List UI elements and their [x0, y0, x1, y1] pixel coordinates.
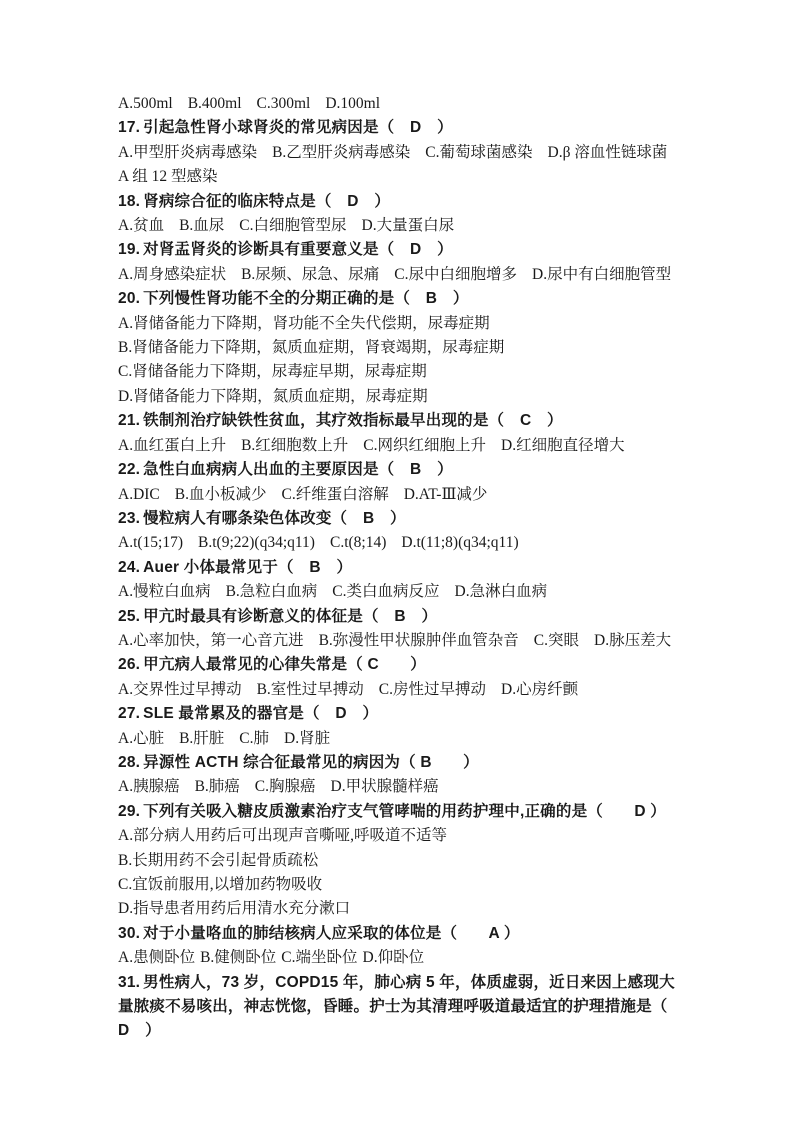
question-text: 下列慢性肾功能不全的分期正确的是（ B ）	[143, 290, 468, 307]
question-number: 26.	[118, 656, 140, 673]
question-stem: 18.肾病综合征的临床特点是（ D ）	[118, 190, 678, 214]
question-options: A.t(15;17)B.t(9;22)(q34;q11)C.t(8;14)D.t…	[118, 531, 678, 555]
option: A.甲型肝炎病毒感染	[118, 144, 257, 161]
question-stem: 24.Auer 小体最常见于（ B ）	[118, 556, 678, 580]
option: B.健侧卧位	[200, 949, 276, 966]
option: D.t(11;8)(q34;q11)	[401, 534, 518, 551]
option: C.突眼	[534, 632, 579, 649]
question-text: 铁制剂治疗缺铁性贫血，其疗效指标最早出现的是（ C ）	[143, 412, 563, 429]
option: B.血尿	[179, 217, 224, 234]
question-number: 30.	[118, 925, 140, 942]
question-number: 24.	[118, 559, 140, 576]
option: D.AT-Ⅲ减少	[404, 486, 488, 503]
orphan-options-line: A.500mlB.400mlC.300mlD.100ml	[118, 92, 678, 116]
question-text: 肾病综合征的临床特点是（ D ）	[143, 193, 390, 210]
question-text: 异源性 ACTH 综合征最常见的病因为（ B ）	[143, 754, 479, 771]
option: D.甲状腺髓样癌	[331, 778, 439, 795]
question-text: 急性白血病病人出血的主要原因是（ B ）	[143, 461, 453, 478]
question-options: A.交界性过早搏动B.室性过早搏动C.房性过早搏动D.心房纤颤	[118, 678, 678, 702]
option: C.白细胞管型尿	[239, 217, 346, 234]
option: A.肾储备能力下降期，肾功能不全失代偿期，尿毒症期	[118, 312, 678, 336]
option: D.脉压差大	[594, 632, 671, 649]
option: A.贫血	[118, 217, 164, 234]
option: A.慢粒白血病	[118, 583, 211, 600]
question-text: 引起急性肾小球肾炎的常见病因是（ D ）	[143, 119, 453, 136]
question-stem: 28.异源性 ACTH 综合征最常见的病因为（ B ）	[118, 751, 678, 775]
question-options: A.心脏B.肝脏C.肺D.肾脏	[118, 727, 678, 751]
option: C.肾储备能力下降期，尿毒症早期，尿毒症期	[118, 360, 678, 384]
option: C.纤维蛋白溶解	[281, 486, 388, 503]
question-text: 甲亢病人最常见的心律失常是（ C ）	[143, 656, 426, 673]
option: C.房性过早搏动	[379, 681, 486, 698]
question-number: 31.	[118, 974, 140, 991]
exam-question-list: A.500mlB.400mlC.300mlD.100ml 17.引起急性肾小球肾…	[118, 92, 678, 1044]
question-number: 25.	[118, 608, 140, 625]
question-block-27: 27.SLE 最常累及的器官是（ D ）A.心脏B.肝脏C.肺D.肾脏	[118, 702, 678, 751]
option: B.乙型肝炎病毒感染	[272, 144, 410, 161]
question-stem: 23.慢粒病人有哪条染色体改变（ B ）	[118, 507, 678, 531]
question-block-28: 28.异源性 ACTH 综合征最常见的病因为（ B ）A.胰腺癌B.肺癌C.胸腺…	[118, 751, 678, 800]
option: C.t(8;14)	[330, 534, 386, 551]
question-options: A.部分病人用药后可出现声音嘶哑,呼吸道不适等B.长期用药不会引起骨质疏松C.宜…	[118, 824, 678, 922]
option: C.胸腺癌	[255, 778, 316, 795]
question-options: A.患侧卧位B.健侧卧位C.端坐卧位D.仰卧位	[118, 946, 678, 970]
option: A.500ml	[118, 95, 173, 112]
question-block-21: 21.铁制剂治疗缺铁性贫血，其疗效指标最早出现的是（ C ）A.血红蛋白上升B.…	[118, 409, 678, 458]
option: B.肺癌	[195, 778, 240, 795]
option: B.肾储备能力下降期，氮质血症期，肾衰竭期，尿毒症期	[118, 336, 678, 360]
option: A.心脏	[118, 730, 164, 747]
questions-container: 17.引起急性肾小球肾炎的常见病因是（ D ）A.甲型肝炎病毒感染B.乙型肝炎病…	[118, 116, 678, 1043]
question-stem: 17.引起急性肾小球肾炎的常见病因是（ D ）	[118, 116, 678, 140]
option: D.肾脏	[284, 730, 330, 747]
question-stem: 25.甲亢时最具有诊断意义的体征是（ B ）	[118, 605, 678, 629]
option: B.尿频、尿急、尿痛	[241, 266, 379, 283]
option: C.300ml	[257, 95, 311, 112]
question-text: Auer 小体最常见于（ B ）	[143, 559, 352, 576]
question-block-19: 19.对肾盂肾炎的诊断具有重要意义是（ D ）A.周身感染症状B.尿频、尿急、尿…	[118, 238, 678, 287]
question-block-31: 31.男性病人，73 岁，COPD15 年，肺心病 5 年，体质虚弱，近日来因上…	[118, 971, 678, 1044]
option: B.400ml	[188, 95, 242, 112]
question-options: A.心率加快，第一心音亢进B.弥漫性甲状腺肿伴血管杂音C.突眼D.脉压差大	[118, 629, 678, 653]
option: A.部分病人用药后可出现声音嘶哑,呼吸道不适等	[118, 824, 678, 848]
option: A.DIC	[118, 486, 160, 503]
question-text: 男性病人，73 岁，COPD15 年，肺心病 5 年，体质虚弱，近日来因上感现大…	[118, 974, 683, 1040]
question-number: 19.	[118, 241, 140, 258]
option: C.尿中白细胞增多	[394, 266, 517, 283]
question-text: 对于小量咯血的肺结核病人应采取的体位是（ A ）	[143, 925, 519, 942]
question-options: A.DICB.血小板减少C.纤维蛋白溶解D.AT-Ⅲ减少	[118, 483, 678, 507]
option: D.急淋白血病	[455, 583, 548, 600]
question-block-26: 26.甲亢病人最常见的心律失常是（ C ）A.交界性过早搏动B.室性过早搏动C.…	[118, 653, 678, 702]
option: D.大量蛋白尿	[362, 217, 455, 234]
option: D.心房纤颤	[501, 681, 578, 698]
question-text: 甲亢时最具有诊断意义的体征是（ B ）	[143, 608, 437, 625]
option: B.弥漫性甲状腺肿伴血管杂音	[319, 632, 519, 649]
question-text: 慢粒病人有哪条染色体改变（ B ）	[143, 510, 406, 527]
question-stem: 31.男性病人，73 岁，COPD15 年，肺心病 5 年，体质虚弱，近日来因上…	[118, 971, 678, 1044]
question-block-22: 22.急性白血病病人出血的主要原因是（ B ）A.DICB.血小板减少C.纤维蛋…	[118, 458, 678, 507]
question-number: 21.	[118, 412, 140, 429]
question-number: 28.	[118, 754, 140, 771]
option: C.葡萄球菌感染	[425, 144, 532, 161]
question-text: 下列有关吸入糖皮质激素治疗支气管哮喘的用药护理中,正确的是（ D ）	[143, 803, 666, 820]
question-number: 29.	[118, 803, 140, 820]
question-stem: 20.下列慢性肾功能不全的分期正确的是（ B ）	[118, 287, 678, 311]
question-number: 22.	[118, 461, 140, 478]
option: D.100ml	[325, 95, 380, 112]
option: A.血红蛋白上升	[118, 437, 226, 454]
question-stem: 29.下列有关吸入糖皮质激素治疗支气管哮喘的用药护理中,正确的是（ D ）	[118, 800, 678, 824]
option: A.心率加快，第一心音亢进	[118, 632, 304, 649]
question-options: A.贫血B.血尿C.白细胞管型尿D.大量蛋白尿	[118, 214, 678, 238]
option: D.指导患者用药后用清水充分漱口	[118, 897, 678, 921]
option: B.肝脏	[179, 730, 224, 747]
question-text: SLE 最常累及的器官是（ D ）	[143, 705, 378, 722]
question-stem: 21.铁制剂治疗缺铁性贫血，其疗效指标最早出现的是（ C ）	[118, 409, 678, 433]
option: D.肾储备能力下降期，氮质血症期，尿毒症期	[118, 385, 678, 409]
option: C.端坐卧位	[281, 949, 357, 966]
option: B.t(9;22)(q34;q11)	[198, 534, 315, 551]
option: C.类白血病反应	[332, 583, 439, 600]
option: B.红细胞数上升	[241, 437, 348, 454]
option: A.周身感染症状	[118, 266, 226, 283]
question-options: A.周身感染症状B.尿频、尿急、尿痛C.尿中白细胞增多D.尿中有白细胞管型	[118, 263, 678, 287]
question-number: 23.	[118, 510, 140, 527]
question-block-24: 24.Auer 小体最常见于（ B ）A.慢粒白血病B.急粒白血病C.类白血病反…	[118, 556, 678, 605]
question-stem: 30.对于小量咯血的肺结核病人应采取的体位是（ A ）	[118, 922, 678, 946]
option: A.胰腺癌	[118, 778, 180, 795]
option: D.红细胞直径增大	[501, 437, 625, 454]
option: A.交界性过早搏动	[118, 681, 242, 698]
option: A.患侧卧位	[118, 949, 195, 966]
question-stem: 19.对肾盂肾炎的诊断具有重要意义是（ D ）	[118, 238, 678, 262]
option: B.急粒白血病	[226, 583, 318, 600]
question-options: A.慢粒白血病B.急粒白血病C.类白血病反应D.急淋白血病	[118, 580, 678, 604]
question-block-25: 25.甲亢时最具有诊断意义的体征是（ B ）A.心率加快，第一心音亢进B.弥漫性…	[118, 605, 678, 654]
question-stem: 27.SLE 最常累及的器官是（ D ）	[118, 702, 678, 726]
question-stem: 22.急性白血病病人出血的主要原因是（ B ）	[118, 458, 678, 482]
question-block-20: 20.下列慢性肾功能不全的分期正确的是（ B ）A.肾储备能力下降期，肾功能不全…	[118, 287, 678, 409]
option: C.网织红细胞上升	[363, 437, 486, 454]
option: D.尿中有白细胞管型	[532, 266, 671, 283]
option: D.仰卧位	[363, 949, 425, 966]
question-block-18: 18.肾病综合征的临床特点是（ D ）A.贫血B.血尿C.白细胞管型尿D.大量蛋…	[118, 190, 678, 239]
question-block-17: 17.引起急性肾小球肾炎的常见病因是（ D ）A.甲型肝炎病毒感染B.乙型肝炎病…	[118, 116, 678, 189]
document-page: A.500mlB.400mlC.300mlD.100ml 17.引起急性肾小球肾…	[0, 0, 793, 1122]
option: B.长期用药不会引起骨质疏松	[118, 849, 678, 873]
question-number: 17.	[118, 119, 140, 136]
question-block-29: 29.下列有关吸入糖皮质激素治疗支气管哮喘的用药护理中,正确的是（ D ）A.部…	[118, 800, 678, 922]
option: B.血小板减少	[175, 486, 267, 503]
option: B.室性过早搏动	[257, 681, 364, 698]
option: C.肺	[239, 730, 269, 747]
question-number: 27.	[118, 705, 140, 722]
question-number: 18.	[118, 193, 140, 210]
option: A.t(15;17)	[118, 534, 183, 551]
question-number: 20.	[118, 290, 140, 307]
question-block-30: 30.对于小量咯血的肺结核病人应采取的体位是（ A ）A.患侧卧位B.健侧卧位C…	[118, 922, 678, 971]
question-options: A.肾储备能力下降期，肾功能不全失代偿期，尿毒症期B.肾储备能力下降期，氮质血症…	[118, 312, 678, 410]
question-options: A.甲型肝炎病毒感染B.乙型肝炎病毒感染C.葡萄球菌感染D.β 溶血性链球菌 A…	[118, 141, 678, 190]
question-block-23: 23.慢粒病人有哪条染色体改变（ B ）A.t(15;17)B.t(9;22)(…	[118, 507, 678, 556]
question-options: A.胰腺癌B.肺癌C.胸腺癌D.甲状腺髓样癌	[118, 775, 678, 799]
option: C.宜饭前服用,以增加药物吸收	[118, 873, 678, 897]
question-options: A.血红蛋白上升B.红细胞数上升C.网织红细胞上升D.红细胞直径增大	[118, 434, 678, 458]
question-stem: 26.甲亢病人最常见的心律失常是（ C ）	[118, 653, 678, 677]
question-text: 对肾盂肾炎的诊断具有重要意义是（ D ）	[143, 241, 453, 258]
